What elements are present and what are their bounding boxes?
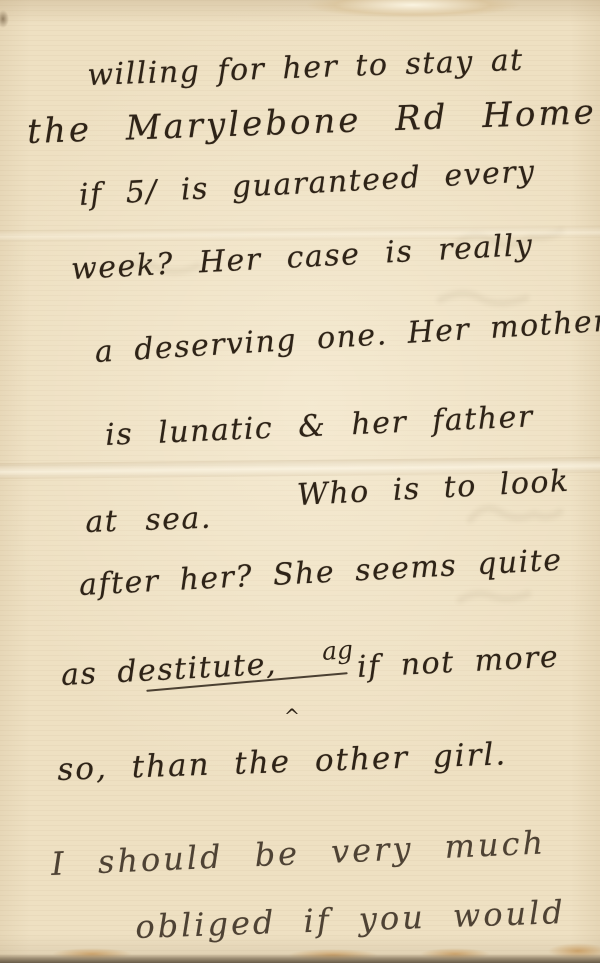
- letter-line-7a: at sea.: [85, 501, 213, 540]
- letter-line-9b: if not more: [356, 639, 560, 685]
- manuscript-page: willing for her to stay at the Marylebon…: [0, 0, 600, 963]
- insertion-caret-icon: ^: [284, 705, 300, 729]
- letter-line-11: I should be very much: [50, 823, 546, 883]
- letter-line-3: if 5/ is guaranteed every: [78, 154, 536, 213]
- letter-line-2: the Marylebone Rd Home: [27, 92, 598, 152]
- page-bottom-edge: [0, 954, 600, 963]
- letter-line-12: obliged if you would: [135, 893, 567, 946]
- letter-line-8: after her? She seems quite: [78, 543, 563, 603]
- letter-line-1: willing for her to stay at: [87, 43, 524, 93]
- letter-line-5: a deserving one. Her mother: [94, 304, 600, 370]
- letter-line-9a: as destitute,: [60, 647, 278, 693]
- letter-line-10: so, than the other girl.: [57, 736, 508, 788]
- insertion-text: ag: [321, 635, 354, 666]
- paper-speck-top-left: [0, 10, 9, 28]
- paper-stain-top: [305, 0, 520, 18]
- letter-line-6: is lunatic & her father: [104, 399, 534, 453]
